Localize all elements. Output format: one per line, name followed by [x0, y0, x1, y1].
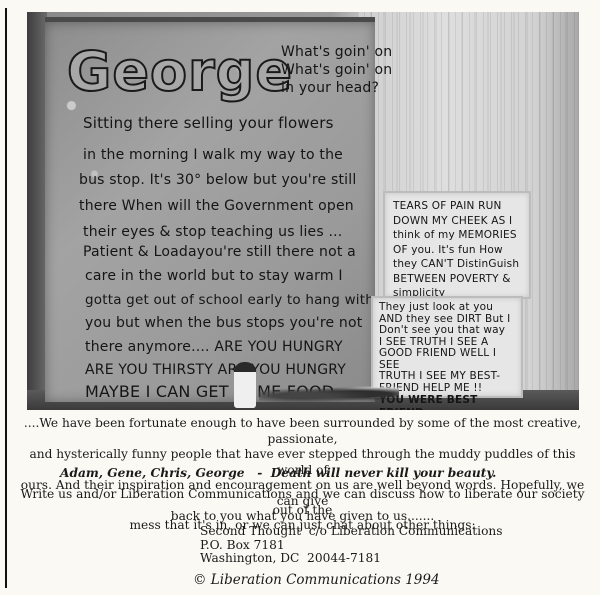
small-sign-best-friend: They just look at you AND they see DIRT … — [373, 298, 521, 396]
tribute-line: Adam, Gene, Chris, George - Death will n… — [60, 466, 496, 480]
sign-line: their eyes & stop teaching us lies ... — [83, 224, 342, 240]
photo-shadow-edge — [27, 12, 47, 410]
sign-line: bus stop. It's 30° below but you're stil… — [79, 172, 356, 188]
sign-side-line: What's goin' on — [281, 62, 392, 79]
sign-side-line: in your head? — [281, 80, 379, 97]
sign-line: there When will the Government open — [79, 198, 354, 214]
sign-line: TRUTH I SEE MY BEST- — [379, 371, 517, 383]
sign-line: care in the world but to stay warm I — [85, 268, 343, 284]
paragraph-line: ....We have been fortunate enough to hav… — [10, 416, 595, 447]
sign-line: ARE YOU THIRSTY ARE YOU HUNGRY — [85, 362, 346, 378]
big-cardboard-sign: George What's goin' on What's goin' on i… — [45, 17, 375, 402]
mailing-address: Second Thought c/o Liberation Communicat… — [200, 525, 503, 566]
sign-line: think of my MEMORIES — [393, 228, 525, 243]
child-figure — [234, 362, 256, 408]
sign-line: they CAN'T DistinGuish — [393, 257, 525, 272]
address-line: Washington, DC 20044-7181 — [200, 552, 503, 566]
sign-line: Don't see you that way — [379, 325, 517, 337]
left-border-rule — [5, 8, 7, 588]
sign-line: FRIEND HELP ME !! — [379, 383, 517, 395]
memorial-photo: George What's goin' on What's goin' on i… — [27, 12, 579, 410]
sign-line: in the morning I walk my way to the — [83, 147, 343, 163]
sign-line: OF you. It's fun How — [393, 243, 525, 258]
sign-line: They just look at you — [379, 302, 517, 314]
flowers — [259, 385, 399, 403]
sign-line: BETWEEN POVERTY & — [393, 272, 525, 287]
copyright-notice: © Liberation Communications 1994 — [193, 572, 440, 588]
small-sign-tears: TEARS OF PAIN RUN DOWN MY CHEEK AS I thi… — [385, 193, 529, 297]
address-line: P.O. Box 7181 — [200, 539, 503, 553]
sign-line: there anymore.... ARE YOU HUNGRY — [85, 339, 343, 355]
sign-line: DOWN MY CHEEK AS I — [393, 214, 525, 229]
paragraph-line: Write us and/or Liberation Communication… — [10, 487, 595, 518]
address-line: Second Thought c/o Liberation Communicat… — [200, 525, 503, 539]
sign-title-george: George — [67, 40, 293, 103]
sign-side-line: What's goin' on — [281, 44, 392, 61]
sign-line: YOU WERE BEST FRIEND — [379, 394, 517, 410]
sign-line: GOOD FRIEND WELL I SEE — [379, 348, 517, 371]
sign-line: Sitting there selling your flowers — [83, 114, 334, 132]
sign-line: Patient & Loadayou're still there not a — [83, 244, 356, 260]
sign-line: gotta get out of school early to hang wi… — [85, 292, 374, 308]
sign-line: you but when the bus stops you're not — [85, 315, 362, 331]
sign-line: TEARS OF PAIN RUN — [393, 199, 525, 214]
